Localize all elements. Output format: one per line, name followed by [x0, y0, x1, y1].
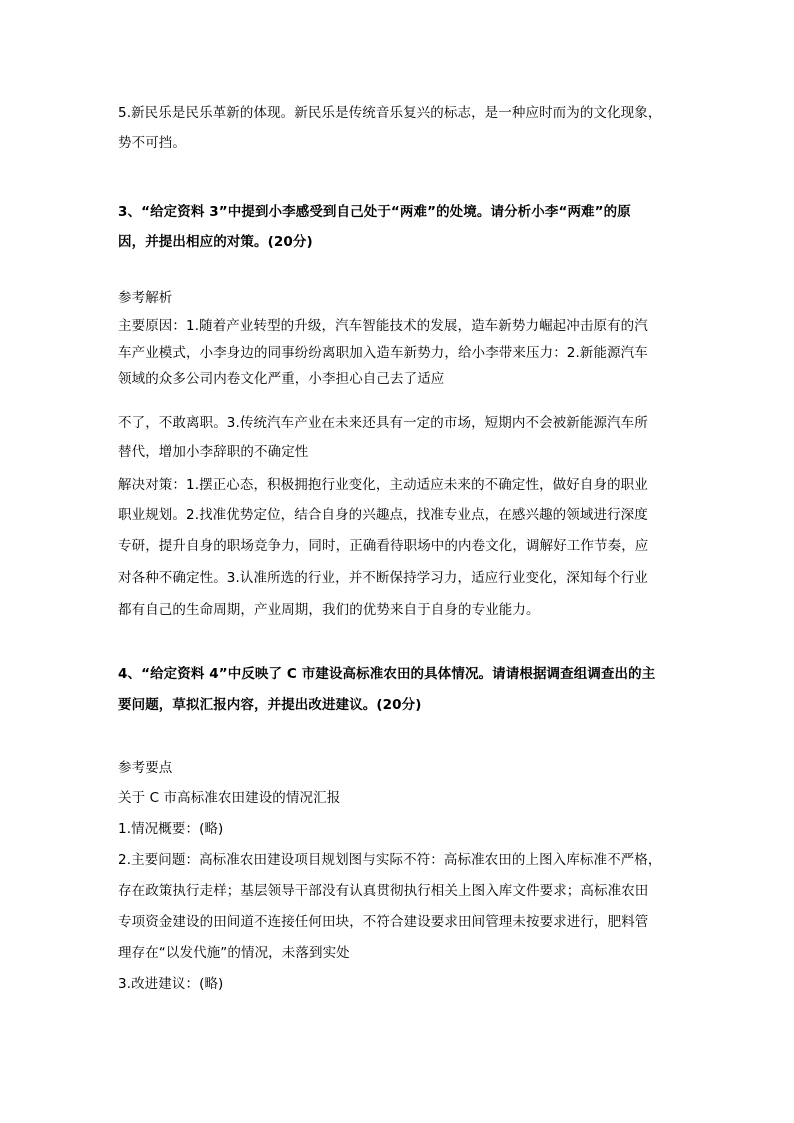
answer-line: 1.情况概要：(略) — [118, 820, 223, 838]
answer-line: 领域的众多公司内卷文化严重，小李担心自己去了适应 — [118, 370, 444, 388]
answer-line: 对各种不确定性。3.认准所选的行业，并不断保持学习力，适应行业变化，深知每个行业 — [118, 569, 648, 587]
paragraph-line: 势不可挡。 — [118, 134, 186, 152]
answer-line: 替代，增加小李辞职的不确定性 — [118, 443, 308, 461]
answer-line: 职业规划。2.找准优势定位，结合自身的兴趣点，找准专业点，在感兴趣的领域进行深度 — [118, 506, 648, 524]
question-3-line: 因，并提出相应的对策。(20分) — [118, 233, 313, 251]
question-4-line: 4、“给定资料 4”中反映了 C 市建设高标准农田的具体情况。请请根据调查组调查… — [118, 665, 655, 683]
answer-line: 车产业模式，小李身边的同事纷纷离职加入造车新势力，给小李带来压力：2.新能源汽车 — [118, 344, 648, 362]
answer-line: 主要原因：1.随着产业转型的升级，汽车智能技术的发展，造车新势力崛起冲击原有的汽 — [118, 317, 648, 335]
answer-line: 专研，提升自身的职场竞争力，同时，正确看待职场中的内卷文化，调解好工作节奏，应 — [118, 537, 648, 555]
answer-heading: 参考解析 — [118, 289, 172, 307]
question-4-line: 要问题，草拟汇报内容，并提出改进建议。(20分) — [118, 696, 422, 714]
answer-line: 3.改进建议：(略) — [118, 975, 223, 993]
report-title: 关于 C 市高标准农田建设的情况汇报 — [118, 789, 340, 807]
answer-heading: 参考要点 — [118, 759, 172, 777]
answer-line: 理存在“以发代施”的情况，未落到实处 — [118, 944, 350, 962]
answer-line: 存在政策执行走样；基层领导干部没有认真贯彻执行相关上图入库文件要求；高标准农田 — [118, 882, 648, 900]
answer-line: 都有自己的生命周期，产业周期，我们的优势来自于自身的专业能力。 — [118, 601, 540, 619]
question-3-line: 3、“给定资料 3”中提到小李感受到自己处于“两难”的处境。请分析小李“两难”的… — [118, 203, 631, 221]
paragraph-line: 5.新民乐是民乐革新的体现。新民乐是传统音乐复兴的标志，是一种应时而为的文化现象… — [118, 104, 661, 122]
answer-line: 2.主要问题：高标准农田建设项目规划图与实际不符：高标准农田的上图入库标准不严格… — [118, 851, 661, 869]
answer-line: 不了，不敢离职。3.传统汽车产业在未来还具有一定的市场，短期内不会被新能源汽车所 — [118, 414, 648, 432]
answer-line: 解决对策：1.摆正心态，积极拥抱行业变化，主动适应未来的不确定性，做好自身的职业 — [118, 476, 648, 494]
answer-line: 专项资金建设的田间道不连接任何田块，不符合建设要求田间管理未按要求进行，肥料管 — [118, 913, 648, 931]
